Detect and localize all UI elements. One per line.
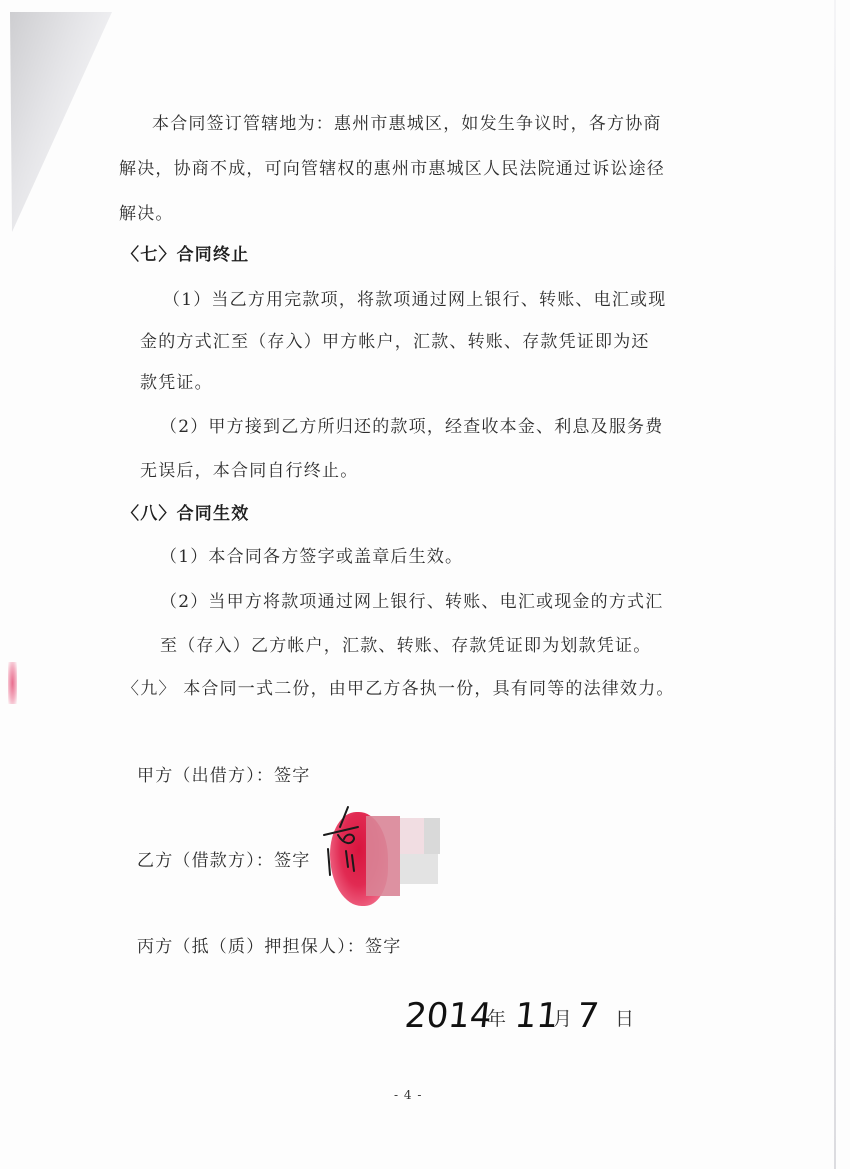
section-8-heading: 〈八〉合同生效 bbox=[122, 502, 249, 526]
handwritten-signature bbox=[318, 805, 378, 885]
page-fold-shadow bbox=[0, 0, 120, 240]
section-7-item-2-line-2: 无误后，本合同自行终止。 bbox=[140, 459, 358, 483]
party-a-signature-label: 甲方（出借方）：签字 bbox=[137, 764, 311, 788]
day-label: 日 bbox=[615, 1004, 634, 1031]
document-page: 本合同签订管辖地为：惠州市惠城区，如发生争议时，各方协商 解决，协商不成，可向管… bbox=[0, 0, 850, 1169]
month-label: 月 bbox=[553, 1004, 572, 1031]
redacted-signature-block bbox=[424, 818, 440, 854]
handwritten-day: 7 bbox=[575, 996, 601, 1036]
signing-date: 2014 年 11 月 7 日 bbox=[405, 990, 645, 1050]
handwritten-year: 2014 bbox=[403, 996, 494, 1036]
red-ink-mark bbox=[8, 662, 17, 704]
page-edge bbox=[834, 0, 836, 1169]
section-8-item-2-line-1: （2）当甲方将款项通过网上银行、转账、电汇或现金的方式汇 bbox=[160, 590, 663, 614]
section-7-heading: 〈七〉合同终止 bbox=[122, 243, 249, 267]
redacted-signature-block bbox=[400, 854, 438, 884]
party-c-signature-label: 丙方（抵（质）押担保人）：签字 bbox=[137, 935, 402, 959]
page-number: - 4 - bbox=[394, 1088, 422, 1102]
jurisdiction-line-2: 解决，协商不成，可向管辖权的惠州市惠城区人民法院通过诉讼途径 bbox=[119, 157, 665, 181]
section-7-item-1-line-3: 款凭证。 bbox=[140, 371, 213, 395]
jurisdiction-line-1: 本合同签订管辖地为：惠州市惠城区，如发生争议时，各方协商 bbox=[152, 112, 662, 136]
section-8-item-1: （1）本合同各方签字或盖章后生效。 bbox=[160, 545, 463, 569]
section-9-line: 〈九〉 本合同一式二份，由甲乙方各执一份，具有同等的法律效力。 bbox=[122, 677, 675, 701]
section-7-item-1-line-1: （1）当乙方用完款项，将款项通过网上银行、转账、电汇或现 bbox=[163, 288, 666, 312]
year-label: 年 bbox=[487, 1004, 506, 1031]
redacted-signature-block bbox=[400, 818, 424, 854]
section-8-item-2-line-2: 至（存入）乙方帐户，汇款、转账、存款凭证即为划款凭证。 bbox=[160, 634, 651, 658]
party-b-signature-label: 乙方（借款方）：签字 bbox=[137, 849, 311, 873]
jurisdiction-line-3: 解决。 bbox=[119, 202, 174, 226]
section-7-item-1-line-2: 金的方式汇至（存入）甲方帐户，汇款、转账、存款凭证即为还 bbox=[140, 330, 650, 354]
section-7-item-2-line-1: （2）甲方接到乙方所归还的款项，经查收本金、利息及服务费 bbox=[160, 415, 663, 439]
